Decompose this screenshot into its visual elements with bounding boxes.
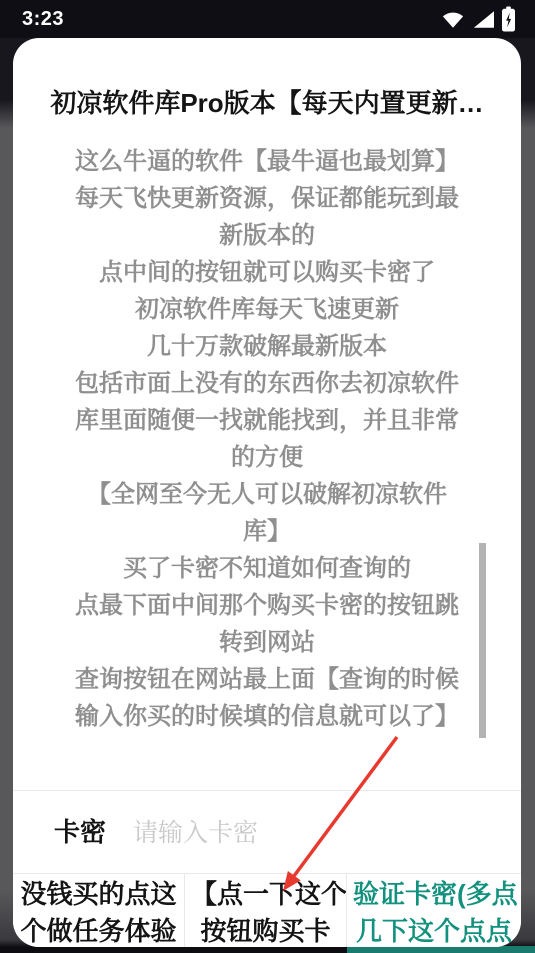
dialog-message-line: 【全网至今无人可以破解初凉软件 (13, 476, 521, 513)
background-teal-bar (347, 946, 535, 953)
dialog-button-row: 没钱买的点这 个做任务体验 【点一下这个 按钮购买卡 验证卡密(多点 几下这个点… (13, 873, 521, 947)
dialog-message-line: 的方便 (13, 439, 521, 476)
dialog-message-line: 输入你买的时候填的信息就可以了】 (13, 698, 521, 735)
dialog-message-line: 点最下面中间那个购买卡密的按钮跳 (13, 587, 521, 624)
status-icons (442, 0, 515, 38)
dialog-message-line: 新版本的 (13, 217, 521, 254)
dialog-message-line: 转到网站 (13, 624, 521, 661)
dialog-message-line: 库里面随便一找就能找到，并且非常 (13, 402, 521, 439)
dialog-title: 初凉软件库Pro版本【每天内置更新… (13, 83, 521, 120)
dialog-message-line: 每天飞快更新资源，保证都能玩到最 (13, 180, 521, 217)
dialog-message-line: 包括市面上没有的东西你去初凉软件 (13, 365, 521, 402)
kami-input[interactable] (131, 809, 465, 857)
dialog-message-line: 初凉软件库每天飞速更新 (13, 291, 521, 328)
wifi-icon (442, 11, 464, 28)
dialog-message-line: 买了卡密不知道如何查询的 (13, 550, 521, 587)
dialog-message-line: 查询按钮在网站最上面【查询的时候 (13, 661, 521, 698)
free-task-button[interactable]: 没钱买的点这 个做任务体验 (13, 874, 184, 947)
status-bar: 3:23 (0, 0, 535, 38)
kami-input-label: 卡密 (54, 791, 106, 873)
signal-icon (472, 11, 494, 28)
status-time: 3:23 (22, 0, 64, 38)
dialog-message-line: 几十万款破解最新版本 (13, 328, 521, 365)
battery-charging-icon (502, 6, 515, 32)
dialog-message-line: 点中间的按钮就可以购买卡密了 (13, 254, 521, 291)
kami-input-row: 卡密 (13, 791, 521, 873)
buy-card-button[interactable]: 【点一下这个 按钮购买卡 (184, 874, 346, 947)
dialog-message-scroll-area[interactable]: 这么牛逼的软件【最牛逼也最划算】 每天飞快更新资源，保证都能玩到最 新版本的 点… (13, 143, 521, 735)
verify-card-button[interactable]: 验证卡密(多点 几下这个点点 (346, 874, 521, 947)
purchase-dialog: 初凉软件库Pro版本【每天内置更新… 这么牛逼的软件【最牛逼也最划算】 每天飞快… (13, 38, 521, 947)
dialog-message-line: 这么牛逼的软件【最牛逼也最划算】 (13, 143, 521, 180)
scrollbar-thumb[interactable] (479, 543, 486, 738)
dialog-message-line: 库】 (13, 513, 521, 550)
phone-screen: 3:23 初凉软件库Pro版本【每天内置更新… (0, 0, 535, 953)
